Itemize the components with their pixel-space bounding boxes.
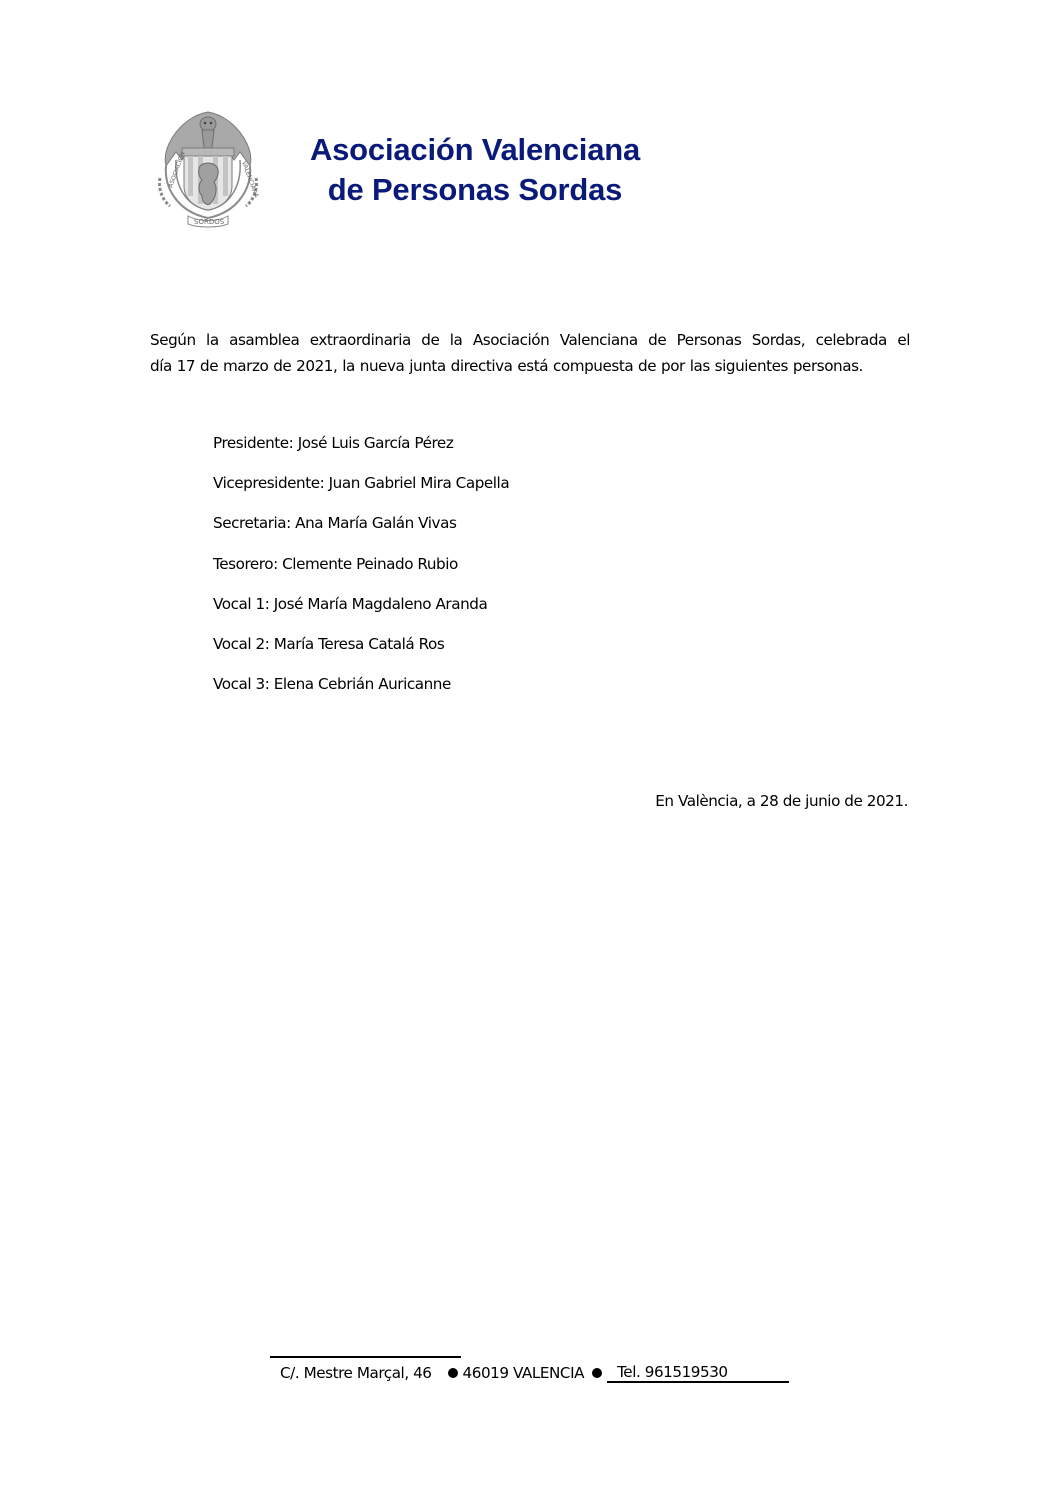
intro-line-1: Según la asamblea extraordinaria de la A…	[150, 327, 910, 353]
association-logo: ASOCIACION VALENCIANA SORDOS	[152, 108, 264, 228]
member-presidente: Presidente: José Luis García Pérez	[213, 432, 509, 472]
member-vocal-1: Vocal 1: José María Magdaleno Aranda	[213, 593, 509, 633]
footer-postal-city: 46019 VALENCIA	[463, 1364, 585, 1382]
intro-paragraph: Según la asamblea extraordinaria de la A…	[150, 327, 910, 379]
member-vocal-3: Vocal 3: Elena Cebrián Auricanne	[213, 673, 509, 713]
place-date: En València, a 28 de junio de 2021.	[655, 792, 908, 810]
member-vocal-2: Vocal 2: María Teresa Catalá Ros	[213, 633, 509, 673]
svg-text:SORDOS: SORDOS	[194, 218, 225, 226]
organization-title: Asociación Valenciana de Personas Sordas	[270, 130, 680, 210]
member-vicepresidente: Vicepresidente: Juan Gabriel Mira Capell…	[213, 472, 509, 512]
footer-phone: Tel. 961519530	[607, 1363, 789, 1383]
board-members-list: Presidente: José Luis García Pérez Vicep…	[213, 432, 509, 713]
bullet-icon	[592, 1368, 602, 1378]
organization-title-line2: de Personas Sordas	[270, 170, 680, 210]
coat-of-arms-bat-logo-icon: ASOCIACION VALENCIANA SORDOS	[152, 108, 264, 228]
intro-line-2: día 17 de marzo de 2021, la nueva junta …	[150, 357, 863, 375]
footer-contact: C/. Mestre Marçal, 46 46019 VALENCIA Tel…	[280, 1363, 789, 1383]
footer-divider	[270, 1356, 461, 1358]
bullet-icon	[448, 1368, 458, 1378]
organization-title-line1: Asociación Valenciana	[270, 130, 680, 170]
member-tesorero: Tesorero: Clemente Peinado Rubio	[213, 553, 509, 593]
footer-address: C/. Mestre Marçal, 46	[280, 1364, 432, 1382]
member-secretaria: Secretaria: Ana María Galán Vivas	[213, 512, 509, 552]
